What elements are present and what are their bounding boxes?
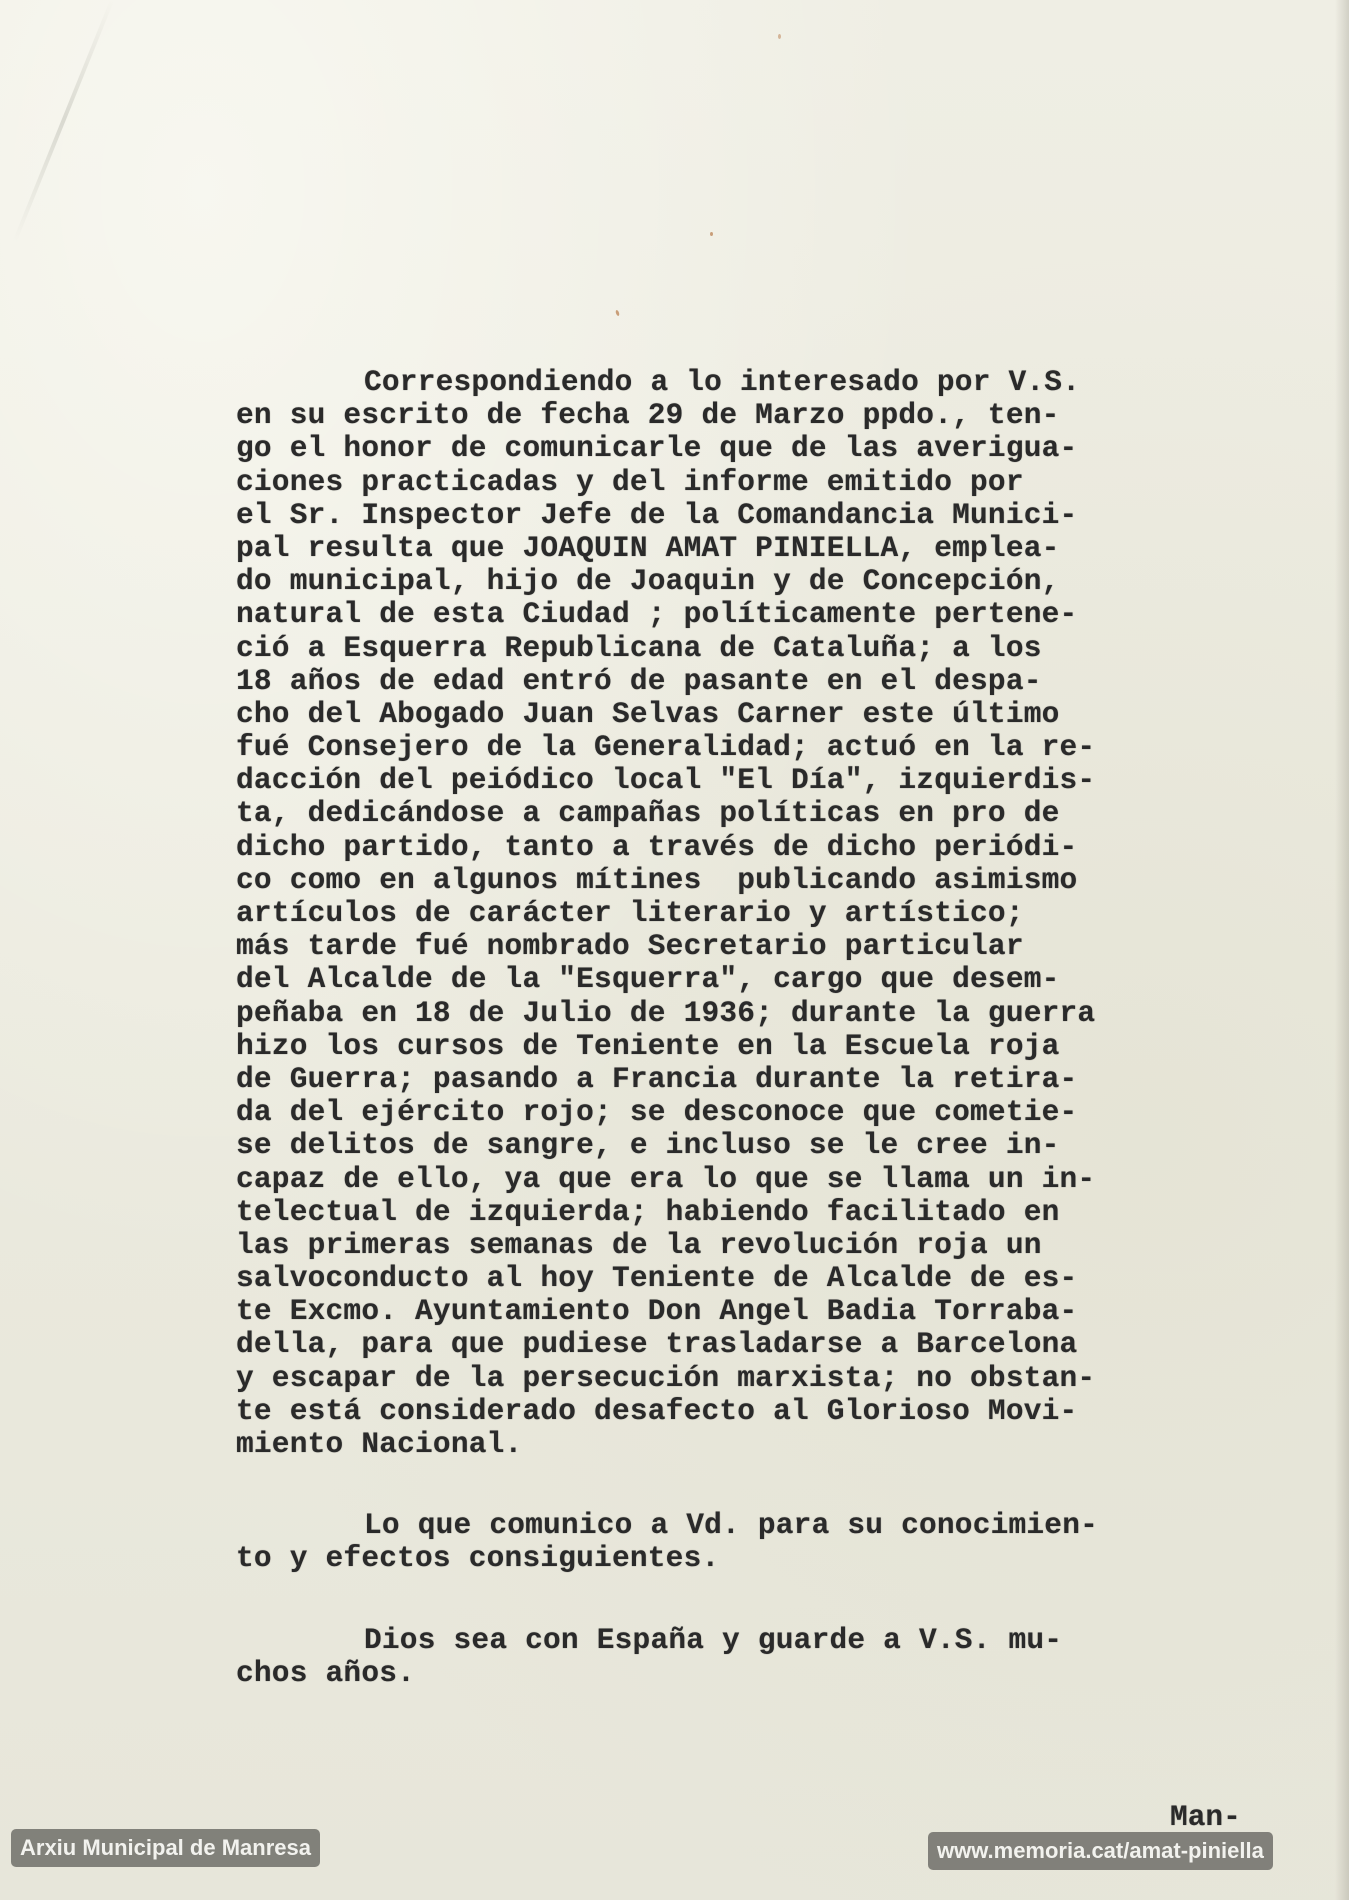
typed-line: co como en algunos mítines publicando as… <box>236 864 1336 897</box>
typed-line: ció a Esquerra Republicana de Cataluña; … <box>236 632 1336 665</box>
typed-line: ta, dedicándose a campañas políticas en … <box>236 797 1336 830</box>
typed-line: artículos de carácter literario y artíst… <box>236 897 1336 930</box>
typed-line: ciones practicadas y del informe emitido… <box>236 466 1336 499</box>
typed-line: y escapar de la persecución marxista; no… <box>236 1362 1336 1395</box>
typed-line: dicho partido, tanto a través de dicho p… <box>236 831 1336 864</box>
typed-line: go el honor de comunicarle que de las av… <box>236 432 1336 465</box>
typed-line: el Sr. Inspector Jefe de la Comandancia … <box>236 499 1336 532</box>
typed-line: natural de esta Ciudad ; políticamente p… <box>236 598 1336 631</box>
typed-line: Correspondiendo a lo interesado por V.S. <box>236 366 1336 399</box>
typed-line: 18 años de edad entró de pasante en el d… <box>236 665 1336 698</box>
typed-line: te está considerado desafecto al Glorios… <box>236 1395 1336 1428</box>
typed-line: dacción del peiódico local "El Día", izq… <box>236 764 1336 797</box>
typed-line: hizo los cursos de Teniente en la Escuel… <box>236 1030 1336 1063</box>
typed-line: Dios sea con España y guarde a V.S. mu- <box>236 1624 1336 1657</box>
typed-line: Lo que comunico a Vd. para su conocimien… <box>236 1509 1336 1542</box>
typed-line: cho del Abogado Juan Selvas Carner este … <box>236 698 1336 731</box>
typed-line: las primeras semanas de la revolución ro… <box>236 1229 1336 1262</box>
typed-line: peñaba en 18 de Julio de 1936; durante l… <box>236 997 1336 1030</box>
typed-line: do municipal, hijo de Joaquin y de Conce… <box>236 565 1336 598</box>
typed-line: te Excmo. Ayuntamiento Don Angel Badia T… <box>236 1295 1336 1328</box>
typed-line: se delitos de sangre, e incluso se le cr… <box>236 1129 1336 1162</box>
source-url-watermark[interactable]: www.memoria.cat/amat-piniella <box>928 1832 1273 1870</box>
typed-line: más tarde fué nombrado Secretario partic… <box>236 930 1336 963</box>
paragraph-closing: Dios sea con España y guarde a V.S. mu-c… <box>236 1624 1336 1690</box>
typed-line: capaz de ello, ya que era lo que se llam… <box>236 1163 1336 1196</box>
typed-line: fué Consejero de la Generalidad; actuó e… <box>236 731 1336 764</box>
typed-line: del Alcalde de la "Esquerra", cargo que … <box>236 963 1336 996</box>
paper-speck <box>710 232 713 236</box>
page-continuation-word: Man- <box>1170 1800 1241 1834</box>
paper-speck <box>615 310 620 317</box>
typed-line: della, para que pudiese trasladarse a Ba… <box>236 1328 1336 1361</box>
typed-line: telectual de izquierda; habiendo facilit… <box>236 1196 1336 1229</box>
paper-crease <box>13 0 114 243</box>
typed-line: pal resulta que JOAQUIN AMAT PINIELLA, e… <box>236 532 1336 565</box>
typed-line: to y efectos consiguientes. <box>236 1542 1336 1575</box>
paper-edge-shadow <box>1335 0 1349 1900</box>
typed-line: en su escrito de fecha 29 de Marzo ppdo.… <box>236 399 1336 432</box>
typed-line: de Guerra; pasando a Francia durante la … <box>236 1063 1336 1096</box>
typed-line: chos años. <box>236 1657 1336 1690</box>
typed-letter-body: Correspondiendo a lo interesado por V.S.… <box>236 366 1336 1690</box>
typed-line: miento Nacional. <box>236 1428 1336 1461</box>
paper-speck <box>778 34 781 39</box>
paragraph-communication: Lo que comunico a Vd. para su conocimien… <box>236 1509 1336 1575</box>
typed-line: da del ejército rojo; se desconoce que c… <box>236 1096 1336 1129</box>
paragraph-report: Correspondiendo a lo interesado por V.S.… <box>236 366 1336 1461</box>
typed-line: salvoconducto al hoy Teniente de Alcalde… <box>236 1262 1336 1295</box>
archive-watermark-label: Arxiu Municipal de Manresa <box>11 1829 320 1867</box>
